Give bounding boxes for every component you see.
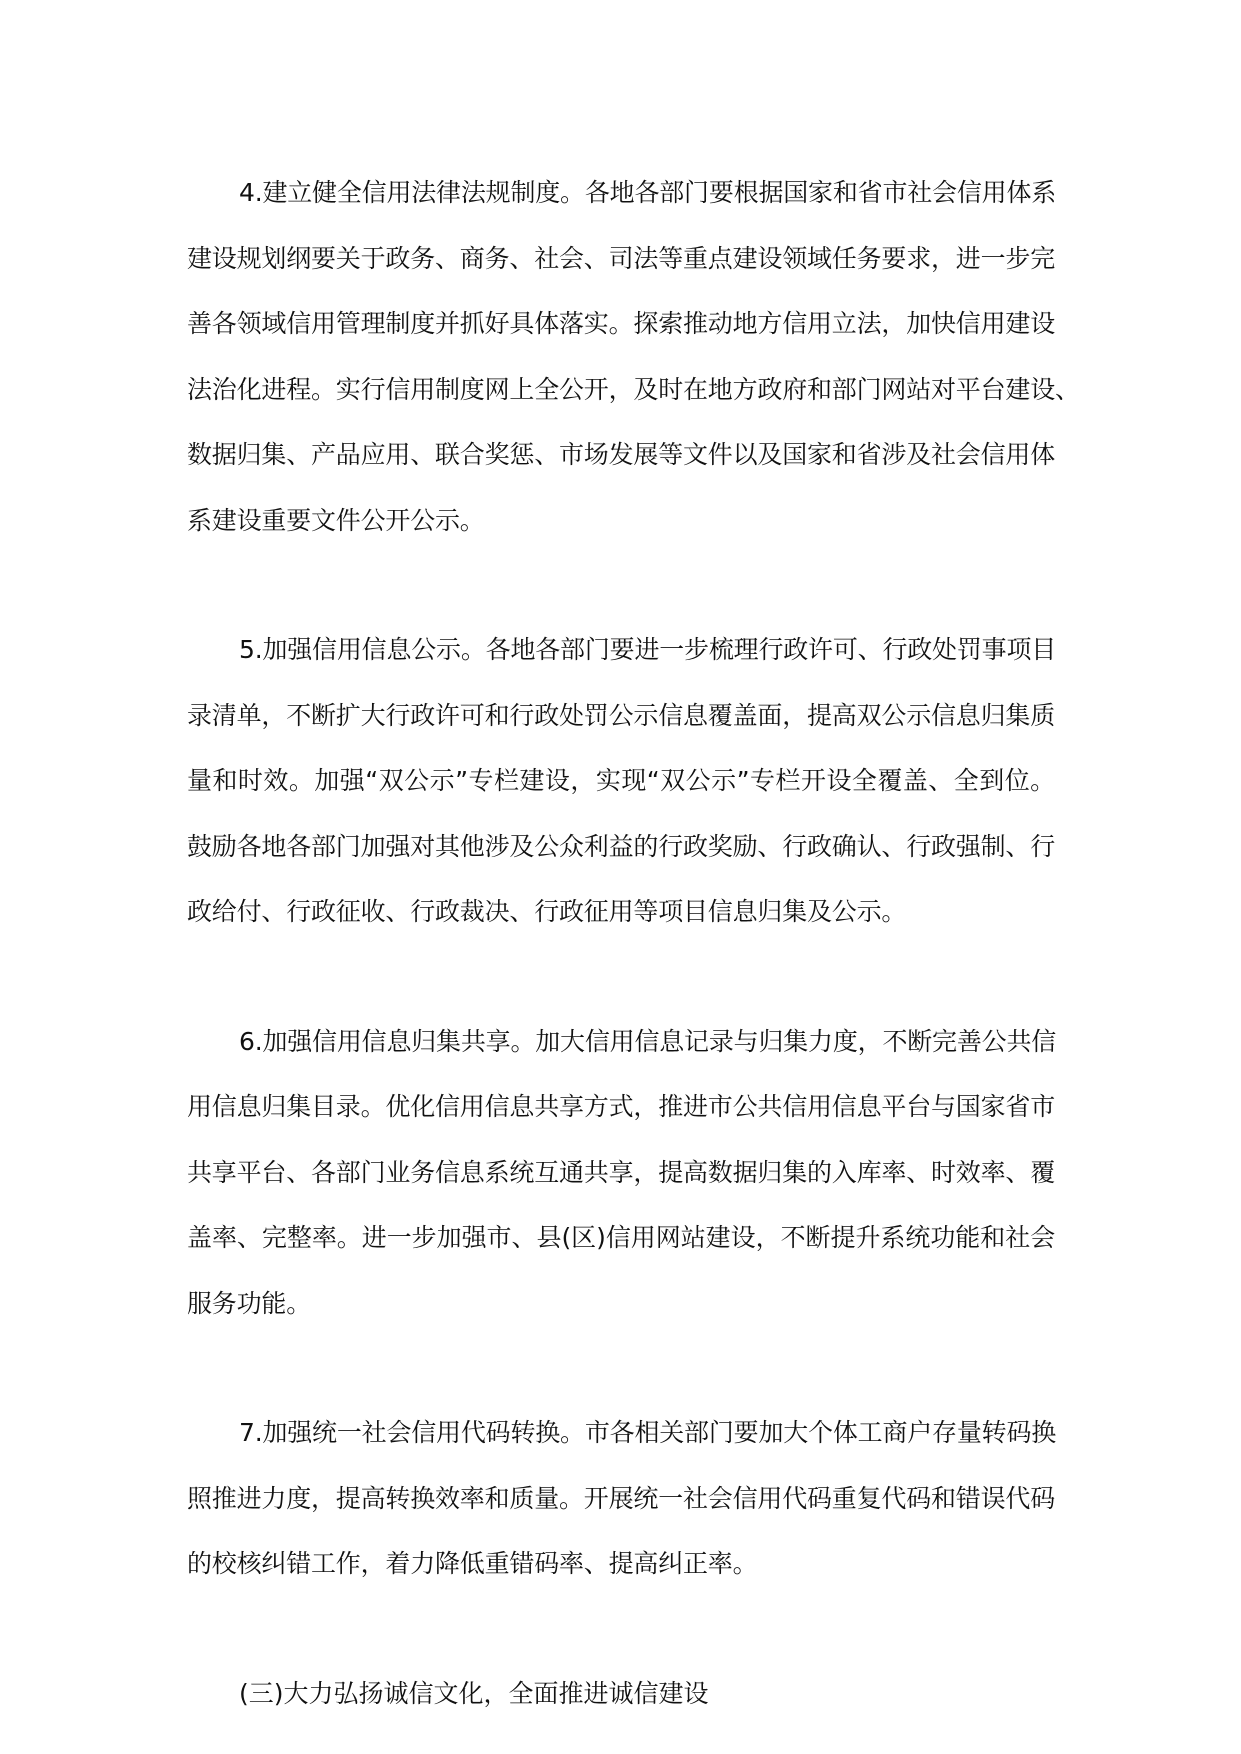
paragraph-item-5: 5.加强信用信息公示。各地各部门要进一步梳理行政许可、行政处罚事项目 录清单，不…: [187, 617, 1055, 945]
paragraph-line: 法治化进程。实行信用制度网上全公开，及时在地方政府和部门网站对平台建设、: [187, 357, 1055, 423]
paragraph-item-6: 6.加强信用信息归集共享。加大信用信息记录与归集力度，不断完善公共信 用信息归集…: [187, 1009, 1055, 1337]
paragraph-line: 照推进力度，提高转换效率和质量。开展统一社会信用代码重复代码和错误代码: [187, 1466, 1055, 1532]
paragraph-line: 录清单，不断扩大行政许可和行政处罚公示信息覆盖面，提高双公示信息归集质: [187, 683, 1055, 749]
paragraph-line: 服务功能。: [187, 1271, 1055, 1337]
paragraph-line: 的校核纠错工作，着力降低重错码率、提高纠正率。: [187, 1531, 1055, 1597]
paragraph-line: 系建设重要文件公开公示。: [187, 488, 1055, 554]
paragraph-line: 建设规划纲要关于政务、商务、社会、司法等重点建设领域任务要求，进一步完: [187, 226, 1055, 292]
paragraph-item-4: 4.建立健全信用法律法规制度。各地各部门要根据国家和省市社会信用体系 建设规划纲…: [187, 160, 1055, 553]
document-page: 4.建立健全信用法律法规制度。各地各部门要根据国家和省市社会信用体系 建设规划纲…: [187, 160, 1055, 1726]
paragraph-line: 数据归集、产品应用、联合奖惩、市场发展等文件以及国家和省涉及社会信用体: [187, 422, 1055, 488]
section-heading: (三)大力弘扬诚信文化，全面推进诚信建设: [187, 1661, 1055, 1727]
paragraph-line: 量和时效。加强“双公示”专栏建设，实现“双公示”专栏开设全覆盖、全到位。: [187, 748, 1055, 814]
paragraph-line: 共享平台、各部门业务信息系统互通共享，提高数据归集的入库率、时效率、覆: [187, 1140, 1055, 1206]
paragraph-line: 7.加强统一社会信用代码转换。市各相关部门要加大个体工商户存量转码换: [187, 1400, 1055, 1466]
paragraph-line: 用信息归集目录。优化信用信息共享方式，推进市公共信用信息平台与国家省市: [187, 1074, 1055, 1140]
paragraph-item-7: 7.加强统一社会信用代码转换。市各相关部门要加大个体工商户存量转码换 照推进力度…: [187, 1400, 1055, 1597]
paragraph-line: 6.加强信用信息归集共享。加大信用信息记录与归集力度，不断完善公共信: [187, 1009, 1055, 1075]
paragraph-line: 4.建立健全信用法律法规制度。各地各部门要根据国家和省市社会信用体系: [187, 160, 1055, 226]
paragraph-line: 善各领域信用管理制度并抓好具体落实。探索推动地方信用立法，加快信用建设: [187, 291, 1055, 357]
paragraph-line: 5.加强信用信息公示。各地各部门要进一步梳理行政许可、行政处罚事项目: [187, 617, 1055, 683]
paragraph-line: 政给付、行政征收、行政裁决、行政征用等项目信息归集及公示。: [187, 879, 1055, 945]
paragraph-line: 鼓励各地各部门加强对其他涉及公众利益的行政奖励、行政确认、行政强制、行: [187, 814, 1055, 880]
paragraph-line: 盖率、完整率。进一步加强市、县(区)信用网站建设，不断提升系统功能和社会: [187, 1205, 1055, 1271]
